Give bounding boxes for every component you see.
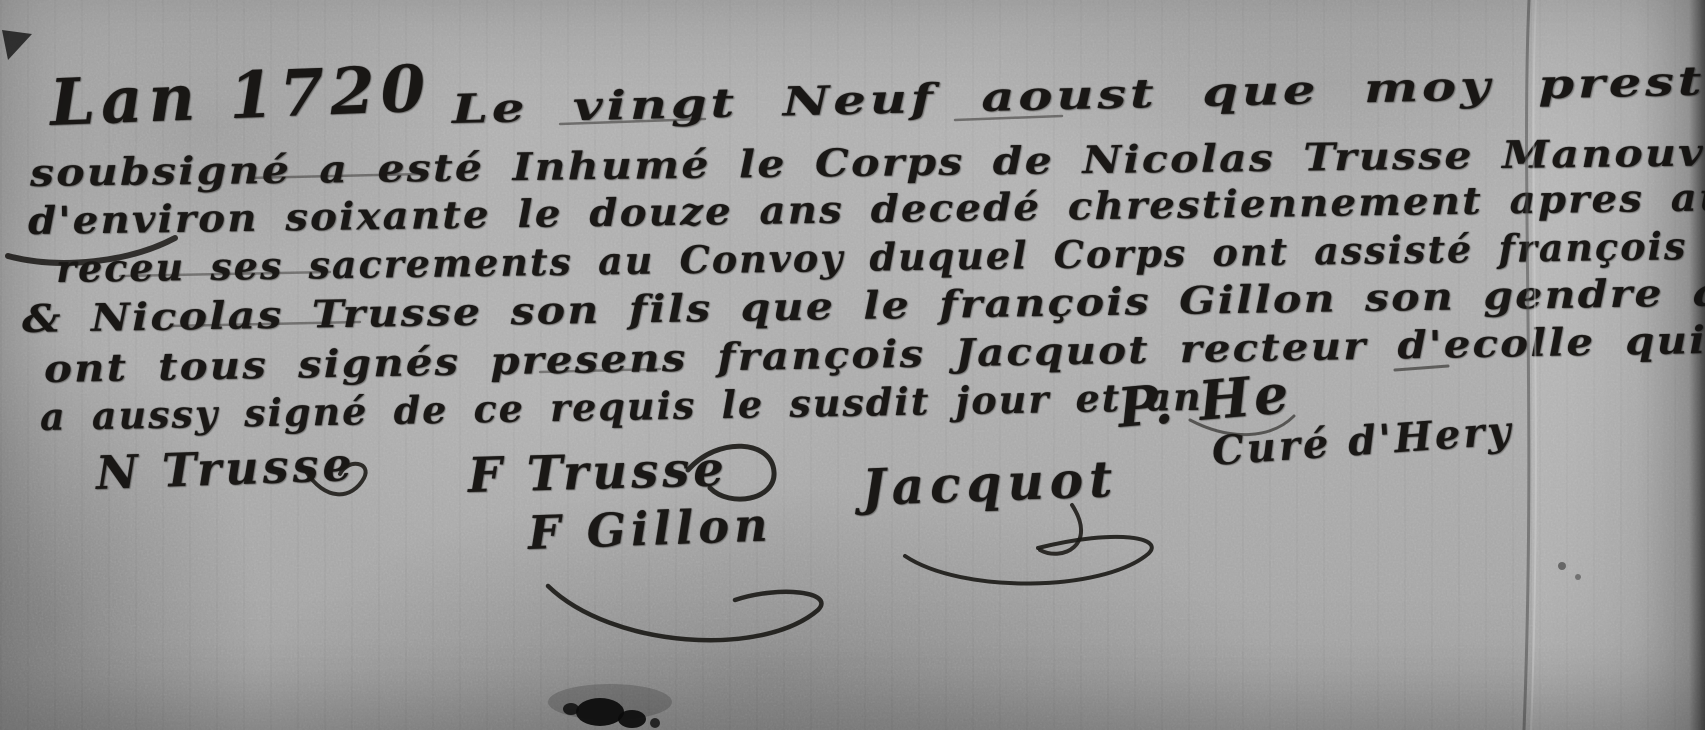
scan-right-edge-shadow [1689,0,1705,730]
page-edge-zone [1532,0,1705,730]
signature-f-trusse: F Trusse [467,441,728,504]
record-line-1: Le vingt Neuf aoust que moy prestre Curé [451,52,1705,133]
signature-f-gillon: F Gillon [527,497,773,560]
signature-n-trusse: N Trusse [95,437,356,500]
signature-jacquot: Jacquot [861,449,1119,517]
manuscript-scan: Lan 1720 Le vingt Neuf aoust que moy pre… [0,0,1705,730]
record-year-opening: Lan 1720 [49,51,433,141]
